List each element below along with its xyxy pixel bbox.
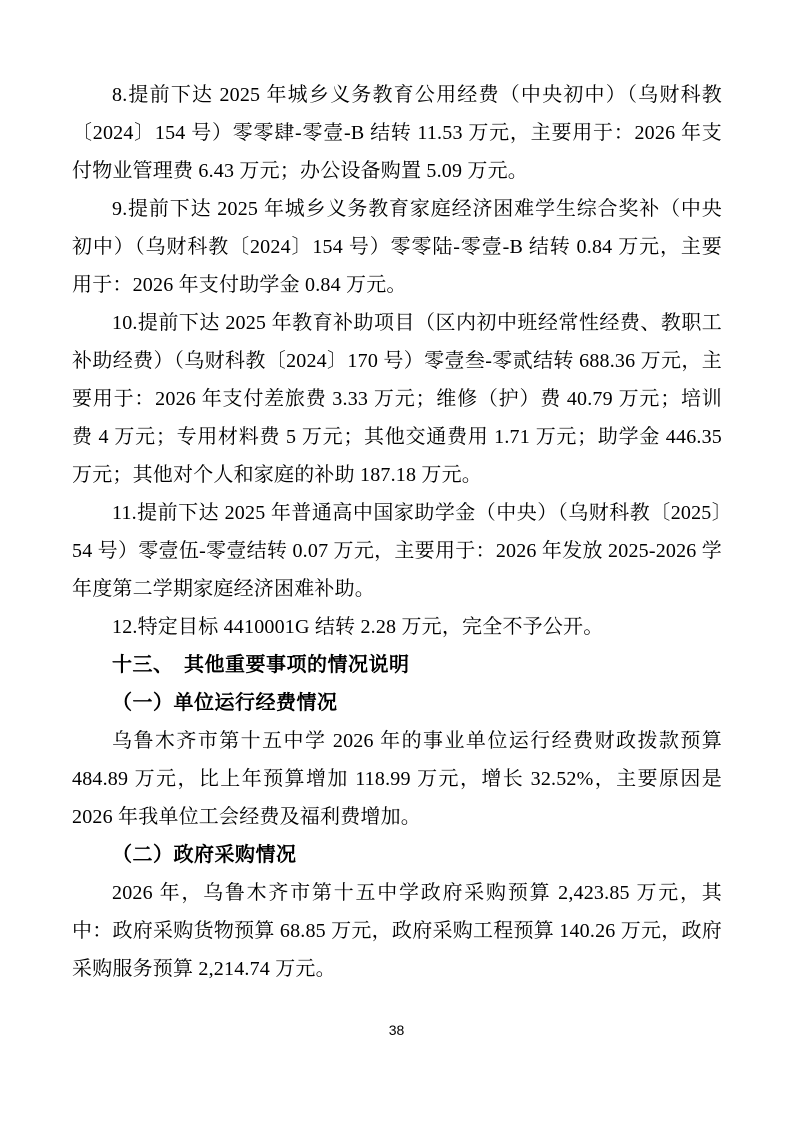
document-page: 8.提前下达 2025 年城乡义务教育公用经费（中央初中）（乌财科教〔2024〕… — [0, 0, 793, 1122]
numbered-item-9: 9.提前下达 2025 年城乡义务教育家庭经济困难学生综合奖补（中央初中）（乌财… — [72, 190, 722, 304]
subsection-title-government-procurement: （二）政府采购情况 — [72, 836, 722, 874]
page-number: 38 — [0, 1020, 793, 1040]
subsection-body-operating-costs: 乌鲁木齐市第十五中学 2026 年的事业单位运行经费财政拨款预算 484.89 … — [72, 722, 722, 836]
section-heading: 十三、 其他重要事项的情况说明 — [72, 646, 722, 684]
document-body: 8.提前下达 2025 年城乡义务教育公用经费（中央初中）（乌财科教〔2024〕… — [72, 76, 722, 988]
numbered-item-8: 8.提前下达 2025 年城乡义务教育公用经费（中央初中）（乌财科教〔2024〕… — [72, 76, 722, 190]
numbered-item-11: 11.提前下达 2025 年普通高中国家助学金（中央）（乌财科教〔2025〕54… — [72, 494, 722, 608]
subsection-title-operating-costs: （一）单位运行经费情况 — [72, 684, 722, 722]
numbered-item-10: 10.提前下达 2025 年教育补助项目（区内初中班经常性经费、教职工补助经费）… — [72, 304, 722, 494]
subsection-body-government-procurement: 2026 年，乌鲁木齐市第十五中学政府采购预算 2,423.85 万元，其中：政… — [72, 874, 722, 988]
numbered-item-12: 12.特定目标 4410001G 结转 2.28 万元，完全不予公开。 — [72, 608, 722, 646]
